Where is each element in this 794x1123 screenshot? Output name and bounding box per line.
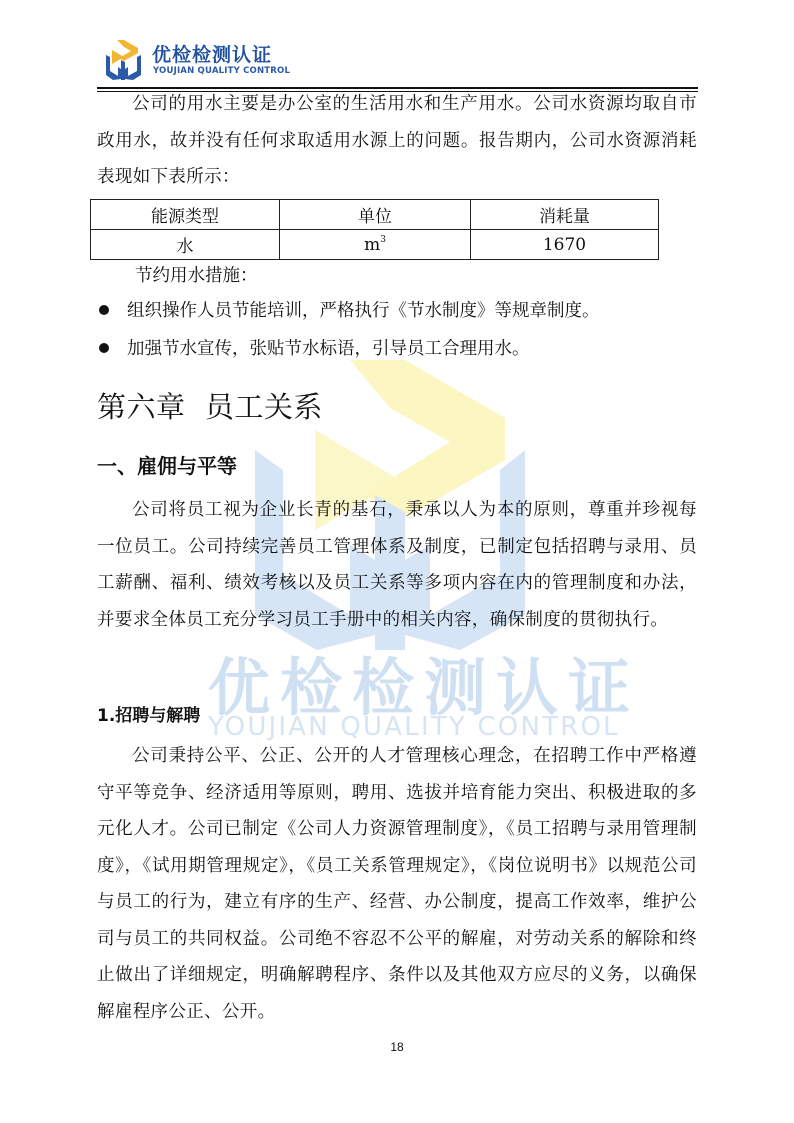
list-item-text: 组织操作人员节能培训，严格执行《节水制度》等规章制度。 [127,297,600,322]
watermark-text-cn: 优检检测认证 [208,638,640,727]
company-logo-icon [104,38,144,80]
section-paragraph: 公司将员工视为企业长青的基石，秉承以人为本的原则，尊重并珍视每一位员工。公司持续… [97,492,697,638]
table-cell-amount: 1670 [471,230,659,260]
document-page: 优检检测认证 YOUJIAN QUALITY CONTROL 优检检测认证 YO… [0,0,794,1123]
list-item: 加强节水宣传，张贴节水标语，引导员工合理用水。 [97,335,530,360]
subsection-title: 1.招聘与解聘 [97,701,200,726]
chapter-title: 第六章 员工关系 [97,385,323,426]
table-header-cell: 能源类型 [91,200,280,230]
unit-base: m [364,235,380,255]
table-header-row: 能源类型 单位 消耗量 [91,200,659,230]
table-header-cell: 单位 [280,200,471,230]
list-item: 组织操作人员节能培训，严格执行《节水制度》等规章制度。 [97,297,600,322]
page-header: 优检检测认证 YOUJIAN QUALITY CONTROL [100,36,700,84]
water-consumption-table: 能源类型 单位 消耗量 水 m3 1670 [90,199,659,260]
list-item-text: 加强节水宣传，张贴节水标语，引导员工合理用水。 [127,335,530,360]
bullet-icon [99,343,109,353]
table-cell-unit: m3 [280,230,471,260]
page-number: 18 [0,1040,794,1054]
measures-label: 节约用水措施： [135,262,258,287]
table-cell-type: 水 [91,230,280,260]
table-header-cell: 消耗量 [471,200,659,230]
subsection-paragraph: 公司秉持公平、公正、公开的人才管理核心理念，在招聘工作中严格遵守平等竞争、经济适… [97,738,697,1030]
intro-paragraph: 公司的用水主要是办公室的生活用水和生产用水。公司水资源均取自市政用水，故并没有任… [97,86,697,196]
logo-text-en: YOUJIAN QUALITY CONTROL [153,66,290,76]
logo-text-cn: 优检检测认证 [152,40,272,67]
unit-superscript: 3 [380,235,386,245]
section-title: 一、雇佣与平等 [97,450,237,479]
table-row: 水 m3 1670 [91,230,659,260]
bullet-icon [99,305,109,315]
